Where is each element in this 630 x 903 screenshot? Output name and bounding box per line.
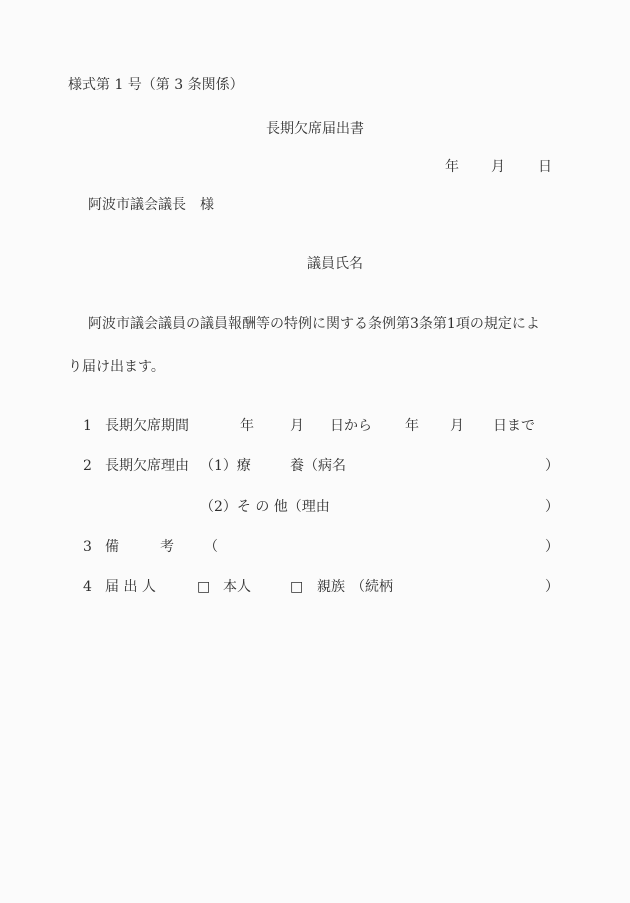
remarks-label-bi: 備 [105, 537, 119, 557]
reason-option1-label: （1）療 [200, 456, 251, 476]
item-reason-line: 2 長期欠席理由 （1）療 養（病名 ） [0, 456, 630, 476]
remarks-open-paren: （ [204, 537, 218, 557]
item-notifier-number: 4 [83, 577, 92, 597]
reason-option2-label: （2）そ の 他（理由 [200, 497, 330, 517]
notifier-zokugara-open: （続柄 [351, 577, 393, 597]
reason-option1-illness-label: 養（病名 [290, 456, 346, 476]
item-notifier-line: 4 届 出 人 □ 本人 □ 親族 （続柄 ） [0, 577, 630, 597]
item-period-line: 1 長期欠席期間 年 月 日から 年 月 日まで [0, 416, 630, 436]
notifier-relative-label: 親族 [317, 577, 345, 597]
form-title: 長期欠席届出書 [266, 121, 364, 137]
form-document-page: 様式第 1 号（第 3 条関係） 長期欠席届出書 年 月 日 阿波市議会議長 様… [0, 0, 630, 903]
addressee: 阿波市議会議長 様 [88, 195, 214, 215]
period-year-from-label: 年 [240, 416, 254, 436]
form-number-line: 様式第 1 号（第 3 条関係） [0, 75, 630, 95]
period-month-from-label: 月 [290, 416, 304, 436]
date-day-label: 日 [538, 157, 552, 177]
body-paragraph-line1: 阿波市議会議員の議員報酬等の特例に関する条例第3条第1項の規定によ [0, 314, 630, 334]
notifier-self-label: 本人 [223, 577, 251, 597]
title-line: 長期欠席届出書 [0, 119, 630, 139]
checkbox-relative-icon[interactable]: □ [290, 577, 303, 597]
remarks-label-ko: 考 [160, 537, 174, 557]
item-period-number: 1 [83, 416, 92, 436]
body-text-1: 阿波市議会議員の議員報酬等の特例に関する条例第3条第1項の規定によ [88, 314, 540, 334]
period-month-to-label: 月 [450, 416, 464, 436]
date-year-label: 年 [445, 157, 459, 177]
notifier-close-paren: ） [545, 577, 559, 597]
reason-close-paren: ） [545, 456, 559, 476]
form-number: 様式第 1 号（第 3 条関係） [68, 75, 244, 95]
item-remarks-number: 3 [83, 537, 92, 557]
signer-line: 議員氏名 [0, 254, 630, 274]
date-line: 年 月 日 [0, 157, 630, 177]
item-period-label: 長期欠席期間 [105, 416, 189, 436]
item-remarks-line: 3 備 考 （ ） [0, 537, 630, 557]
period-day-from-label: 日から [330, 416, 372, 436]
remarks-close-paren: ） [545, 537, 559, 557]
signer-name-label: 議員氏名 [307, 254, 363, 274]
body-paragraph-line2: り届け出ます。 [0, 357, 630, 377]
item-reason2-line: （2）そ の 他（理由 ） [0, 497, 630, 517]
period-day-to-label: 日まで [493, 416, 535, 436]
date-month-label: 月 [491, 157, 505, 177]
checkbox-self-icon[interactable]: □ [197, 577, 210, 597]
reason2-close-paren: ） [545, 497, 559, 517]
item-reason-number: 2 [83, 456, 92, 476]
period-year-to-label: 年 [405, 416, 419, 436]
addressee-line: 阿波市議会議長 様 [0, 195, 630, 215]
body-text-2: り届け出ます。 [68, 357, 165, 377]
item-reason-label: 長期欠席理由 [105, 456, 189, 476]
item-notifier-label: 届 出 人 [105, 577, 156, 597]
